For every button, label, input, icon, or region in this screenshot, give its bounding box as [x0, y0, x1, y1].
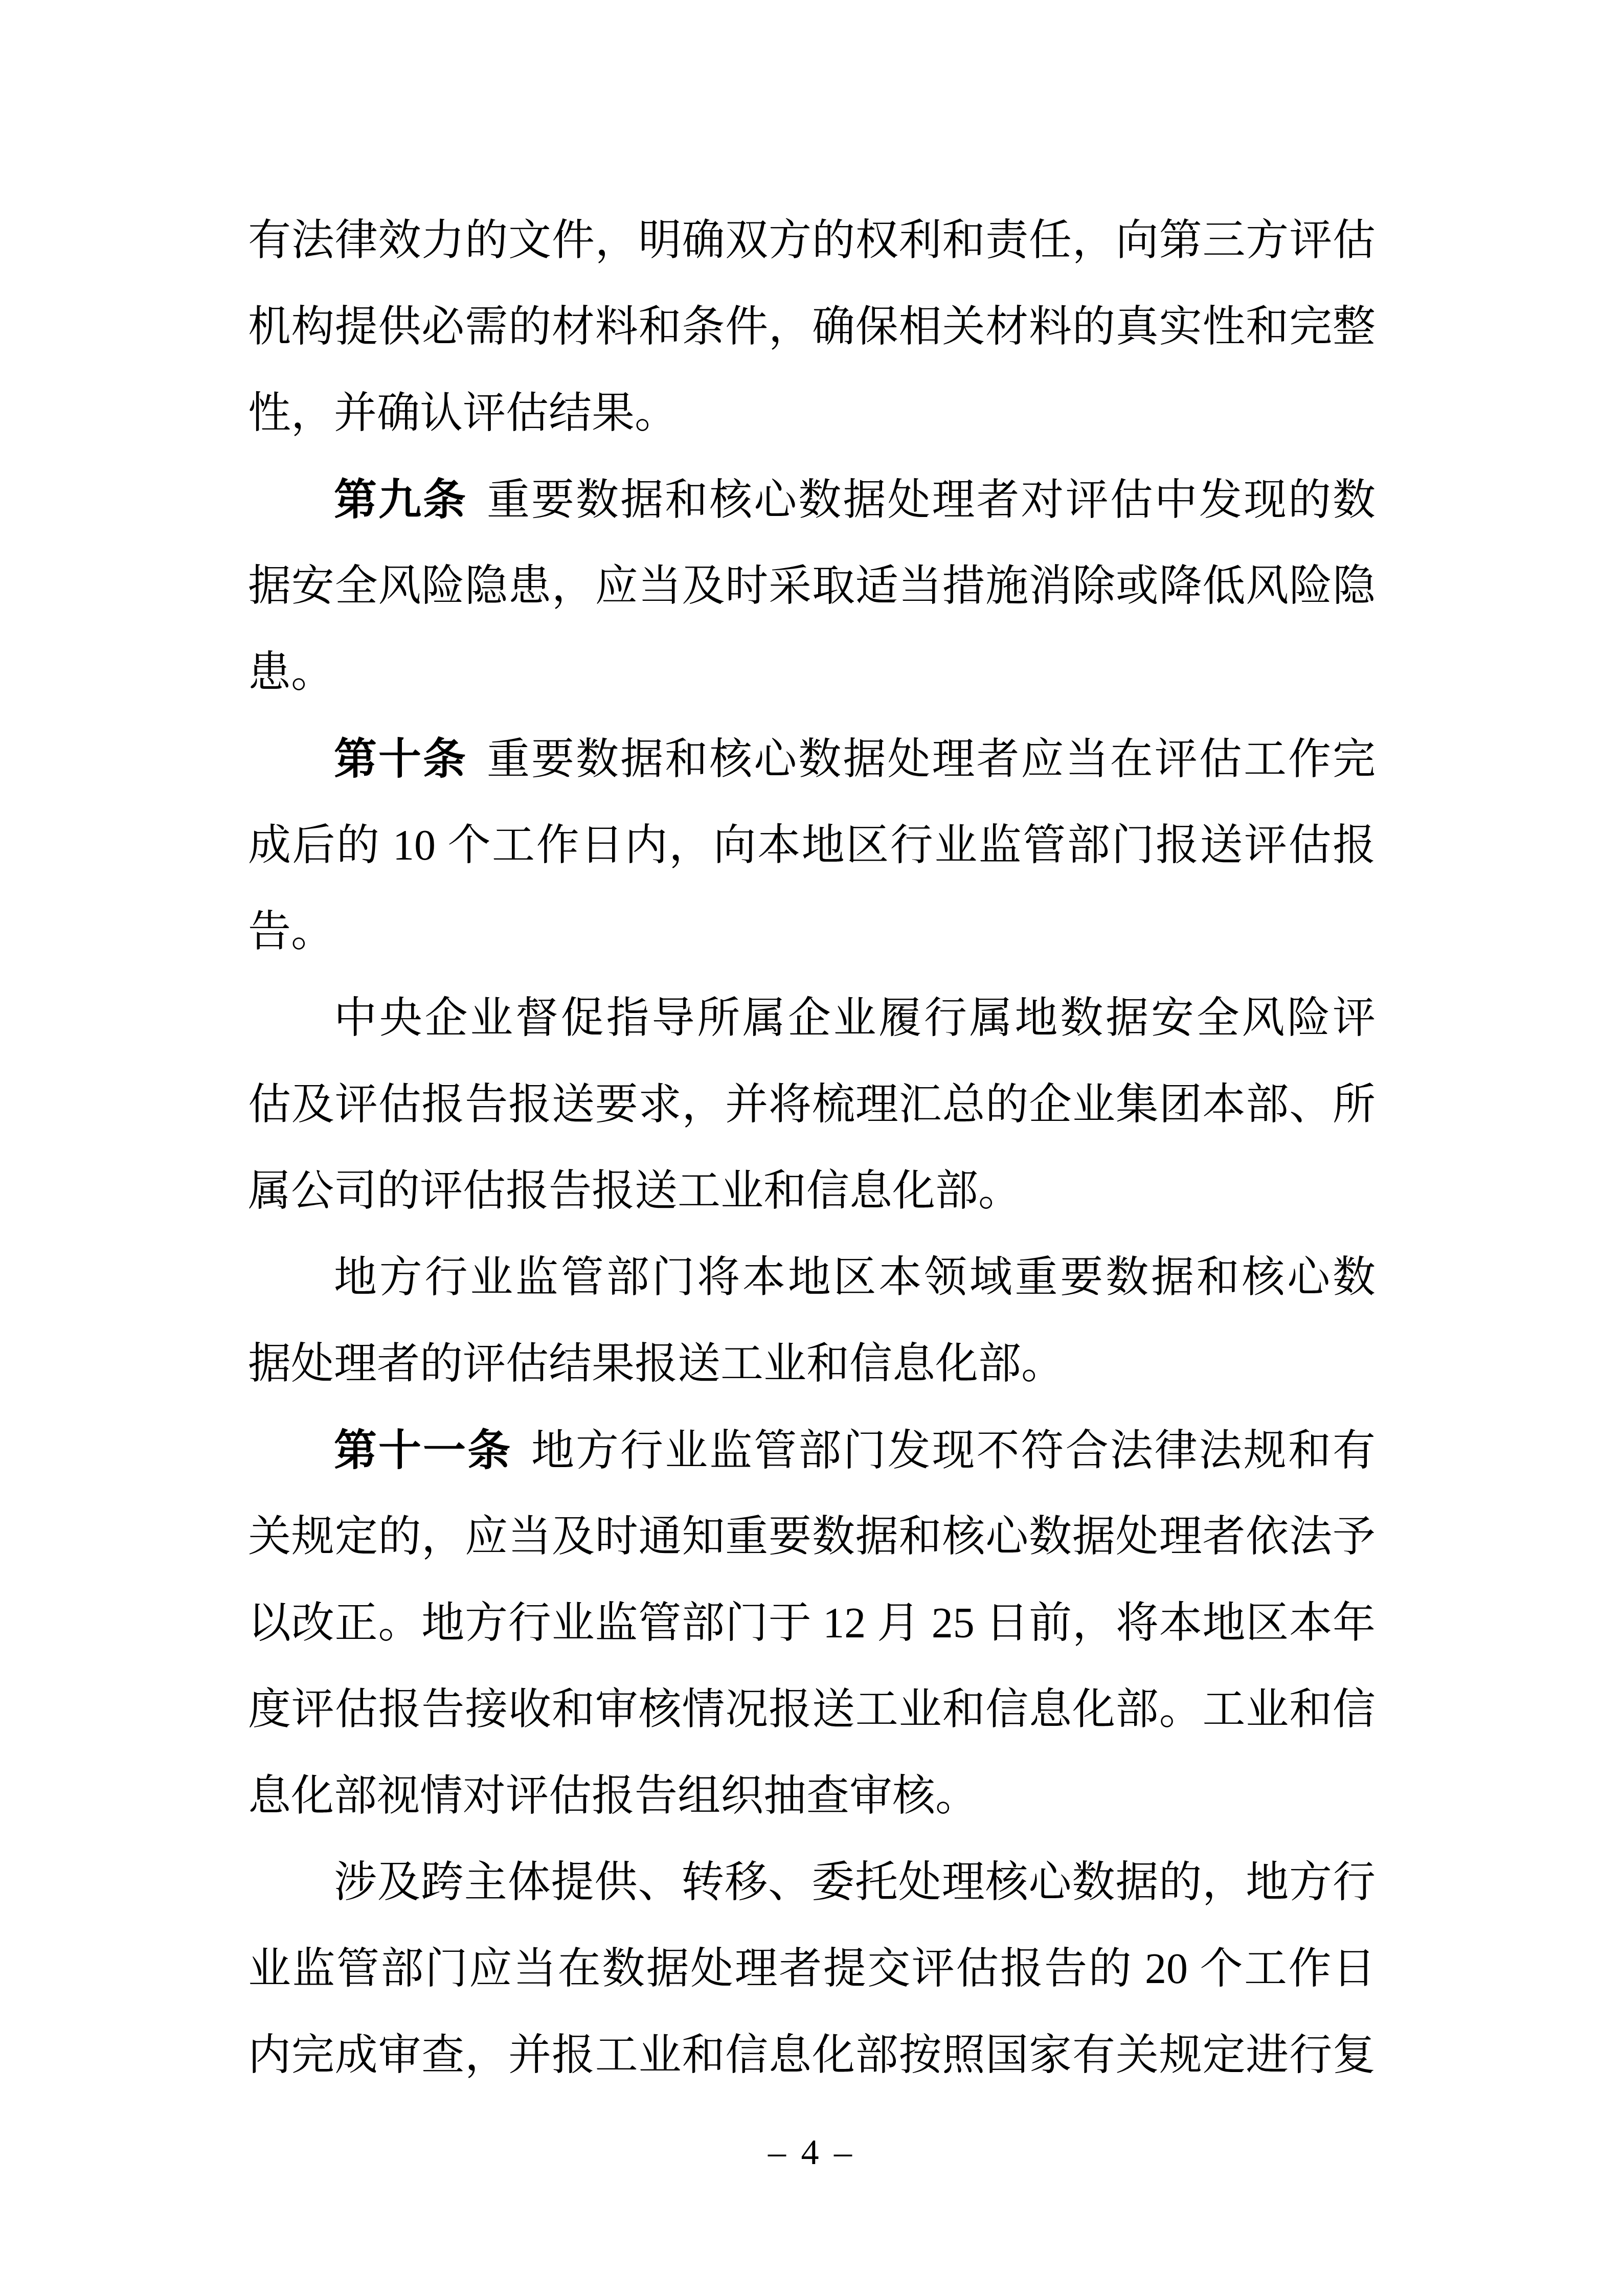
line-text: 机构提供必需的材料和条件，确保相关材料的真实性和完整: [248, 303, 1376, 351]
line-text: 告。: [248, 908, 334, 956]
line-text: 关规定的，应当及时通知重要数据和核心数据处理者依法予: [248, 1513, 1376, 1561]
text-line: 告。: [248, 889, 1376, 975]
text-line: 中央企业督促指导所属企业履行属地数据安全风险评: [248, 975, 1376, 1062]
line-text: 据安全风险隐患，应当及时采取适当措施消除或降低风险隐: [248, 562, 1376, 610]
text-line: 据处理者的评估结果报送工业和信息化部。: [248, 1321, 1376, 1407]
text-line: 估及评估报告报送要求，并将梳理汇总的企业集团本部、所: [248, 1062, 1376, 1148]
text-line: 涉及跨主体提供、转移、委托处理核心数据的，地方行: [248, 1839, 1376, 1926]
line-text: 重要数据和核心数据处理者应当在评估工作完: [487, 736, 1376, 783]
line-text: 地方行业监管部门发现不符合法律法规和有: [531, 1427, 1376, 1475]
text-line: 有法律效力的文件，明确双方的权利和责任，向第三方评估: [248, 197, 1376, 284]
text-line: 第十条重要数据和核心数据处理者应当在评估工作完: [248, 716, 1376, 802]
line-text: 业监管部门应当在数据处理者提交评估报告的 20 个工作日: [248, 1945, 1376, 1993]
line-text: 成后的 10 个工作日内，向本地区行业监管部门报送评估报: [248, 822, 1376, 869]
text-line: 第九条重要数据和核心数据处理者对评估中发现的数: [248, 457, 1376, 543]
text-line: 内完成审查，并报工业和信息化部按照国家有关规定进行复: [248, 2012, 1376, 2099]
text-line: 属公司的评估报告报送工业和信息化部。: [248, 1148, 1376, 1234]
line-text: 属公司的评估报告报送工业和信息化部。: [248, 1167, 1021, 1215]
text-line: 性，并确认评估结果。: [248, 370, 1376, 457]
text-line: 息化部视情对评估报告组织抽查审核。: [248, 1753, 1376, 1839]
line-text: 重要数据和核心数据处理者对评估中发现的数: [487, 477, 1376, 524]
line-text: 涉及跨主体提供、转移、委托处理核心数据的，地方行: [334, 1859, 1376, 1906]
line-text: 有法律效力的文件，明确双方的权利和责任，向第三方评估: [248, 217, 1376, 264]
text-line: 第十一条地方行业监管部门发现不符合法律法规和有: [248, 1407, 1376, 1494]
line-text: 地方行业监管部门将本地区本领域重要数据和核心数: [334, 1254, 1376, 1301]
page-number: – 4 –: [0, 2129, 1623, 2176]
text-line: 地方行业监管部门将本地区本领域重要数据和核心数: [248, 1234, 1376, 1321]
text-line: 患。: [248, 629, 1376, 716]
text-line: 度评估报告接收和审核情况报送工业和信息化部。工业和信: [248, 1667, 1376, 1753]
line-text: 息化部视情对评估报告组织抽查审核。: [248, 1772, 978, 1820]
line-text: 中央企业督促指导所属企业履行属地数据安全风险评: [334, 995, 1376, 1042]
article-number-heading: 第十条: [334, 735, 467, 783]
text-line: 关规定的，应当及时通知重要数据和核心数据处理者依法予: [248, 1494, 1376, 1580]
text-line: 据安全风险隐患，应当及时采取适当措施消除或降低风险隐: [248, 543, 1376, 629]
article-number-heading: 第十一条: [334, 1426, 512, 1474]
text-line: 机构提供必需的材料和条件，确保相关材料的真实性和完整: [248, 284, 1376, 370]
line-text: 估及评估报告报送要求，并将梳理汇总的企业集团本部、所: [248, 1081, 1376, 1129]
line-text: 以改正。地方行业监管部门于 12 月 25 日前，将本地区本年: [248, 1600, 1376, 1647]
article-number-heading: 第九条: [334, 476, 467, 524]
line-text: 性，并确认评估结果。: [248, 390, 678, 437]
text-line: 成后的 10 个工作日内，向本地区行业监管部门报送评估报: [248, 802, 1376, 889]
text-line: 以改正。地方行业监管部门于 12 月 25 日前，将本地区本年: [248, 1580, 1376, 1667]
document-page: 有法律效力的文件，明确双方的权利和责任，向第三方评估机构提供必需的材料和条件，确…: [0, 0, 1623, 2296]
text-line: 业监管部门应当在数据处理者提交评估报告的 20 个工作日: [248, 1926, 1376, 2012]
line-text: 内完成审查，并报工业和信息化部按照国家有关规定进行复: [248, 2032, 1376, 2079]
line-text: 度评估报告接收和审核情况报送工业和信息化部。工业和信: [248, 1686, 1376, 1734]
line-text: 患。: [248, 649, 334, 696]
line-text: 据处理者的评估结果报送工业和信息化部。: [248, 1340, 1064, 1388]
document-body: 有法律效力的文件，明确双方的权利和责任，向第三方评估机构提供必需的材料和条件，确…: [0, 0, 1623, 2099]
